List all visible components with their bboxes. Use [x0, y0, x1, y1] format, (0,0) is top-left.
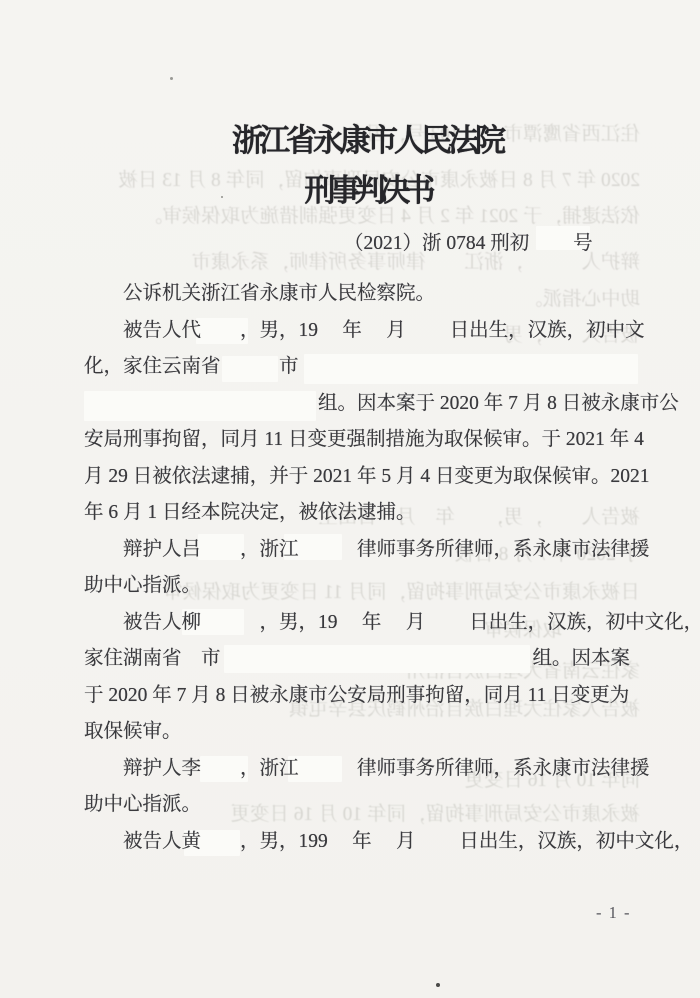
body-line: 化，家住云南省 市	[84, 349, 644, 386]
body-line: 被告人柳 ，男，19 年 月 日出生，汉族，初中文化，	[84, 605, 644, 642]
body-line: 助中心指派。	[84, 787, 644, 824]
scan-speck	[170, 77, 173, 80]
scan-speck	[221, 196, 223, 198]
body-line: 辩护人李 ，浙江 律师事务所律师，系永康市法律援	[84, 751, 644, 788]
case-number: （2021）浙 0784 刑初 号	[344, 227, 593, 255]
body-line: 于 2020 年 7 月 8 日被永康市公安局刑事拘留，同月 11 日变更为	[84, 678, 644, 715]
document-type-title: 刑事判决书	[34, 165, 700, 210]
body-line: 组。因本案于 2020 年 7 月 8 日被永康市公	[84, 386, 644, 423]
judgment-body: 公诉机关浙江省永康市人民检察院。 被告人代 ，男，19 年 月 日出生，汉族，初…	[84, 276, 644, 860]
body-line: 家住湖南省 市 组。因本案	[84, 641, 644, 678]
scan-speck	[436, 983, 440, 987]
body-line: 助中心指派。	[84, 568, 644, 605]
court-name: 浙江省永康市人民法院	[34, 115, 700, 160]
scanned-judgment-page: 住江西省鹰潭市 103 号，因本 2020 年 7 月 8 日被永康市公安局刑事…	[0, 0, 700, 998]
body-line: 月 29 日被依法逮捕，并于 2021 年 5 月 4 日变更为取保候审。202…	[84, 459, 644, 496]
body-line: 被告人代 ，男，19 年 月 日出生，汉族，初中文	[84, 313, 644, 350]
body-line: 安局刑事拘留，同月 11 日变更强制措施为取保候审。于 2021 年 4	[84, 422, 644, 459]
page-number: - 1 -	[596, 903, 631, 923]
body-line: 被告人黄 ，男，199 年 月 日出生，汉族，初中文化，	[84, 824, 644, 861]
body-line: 取保候审。	[84, 714, 644, 751]
body-line: 公诉机关浙江省永康市人民检察院。	[84, 276, 644, 313]
body-line: 辩护人吕 ，浙江 律师事务所律师，系永康市法律援	[84, 532, 644, 569]
body-line: 年 6 月 1 日经本院决定，被依法逮捕。	[84, 495, 644, 532]
